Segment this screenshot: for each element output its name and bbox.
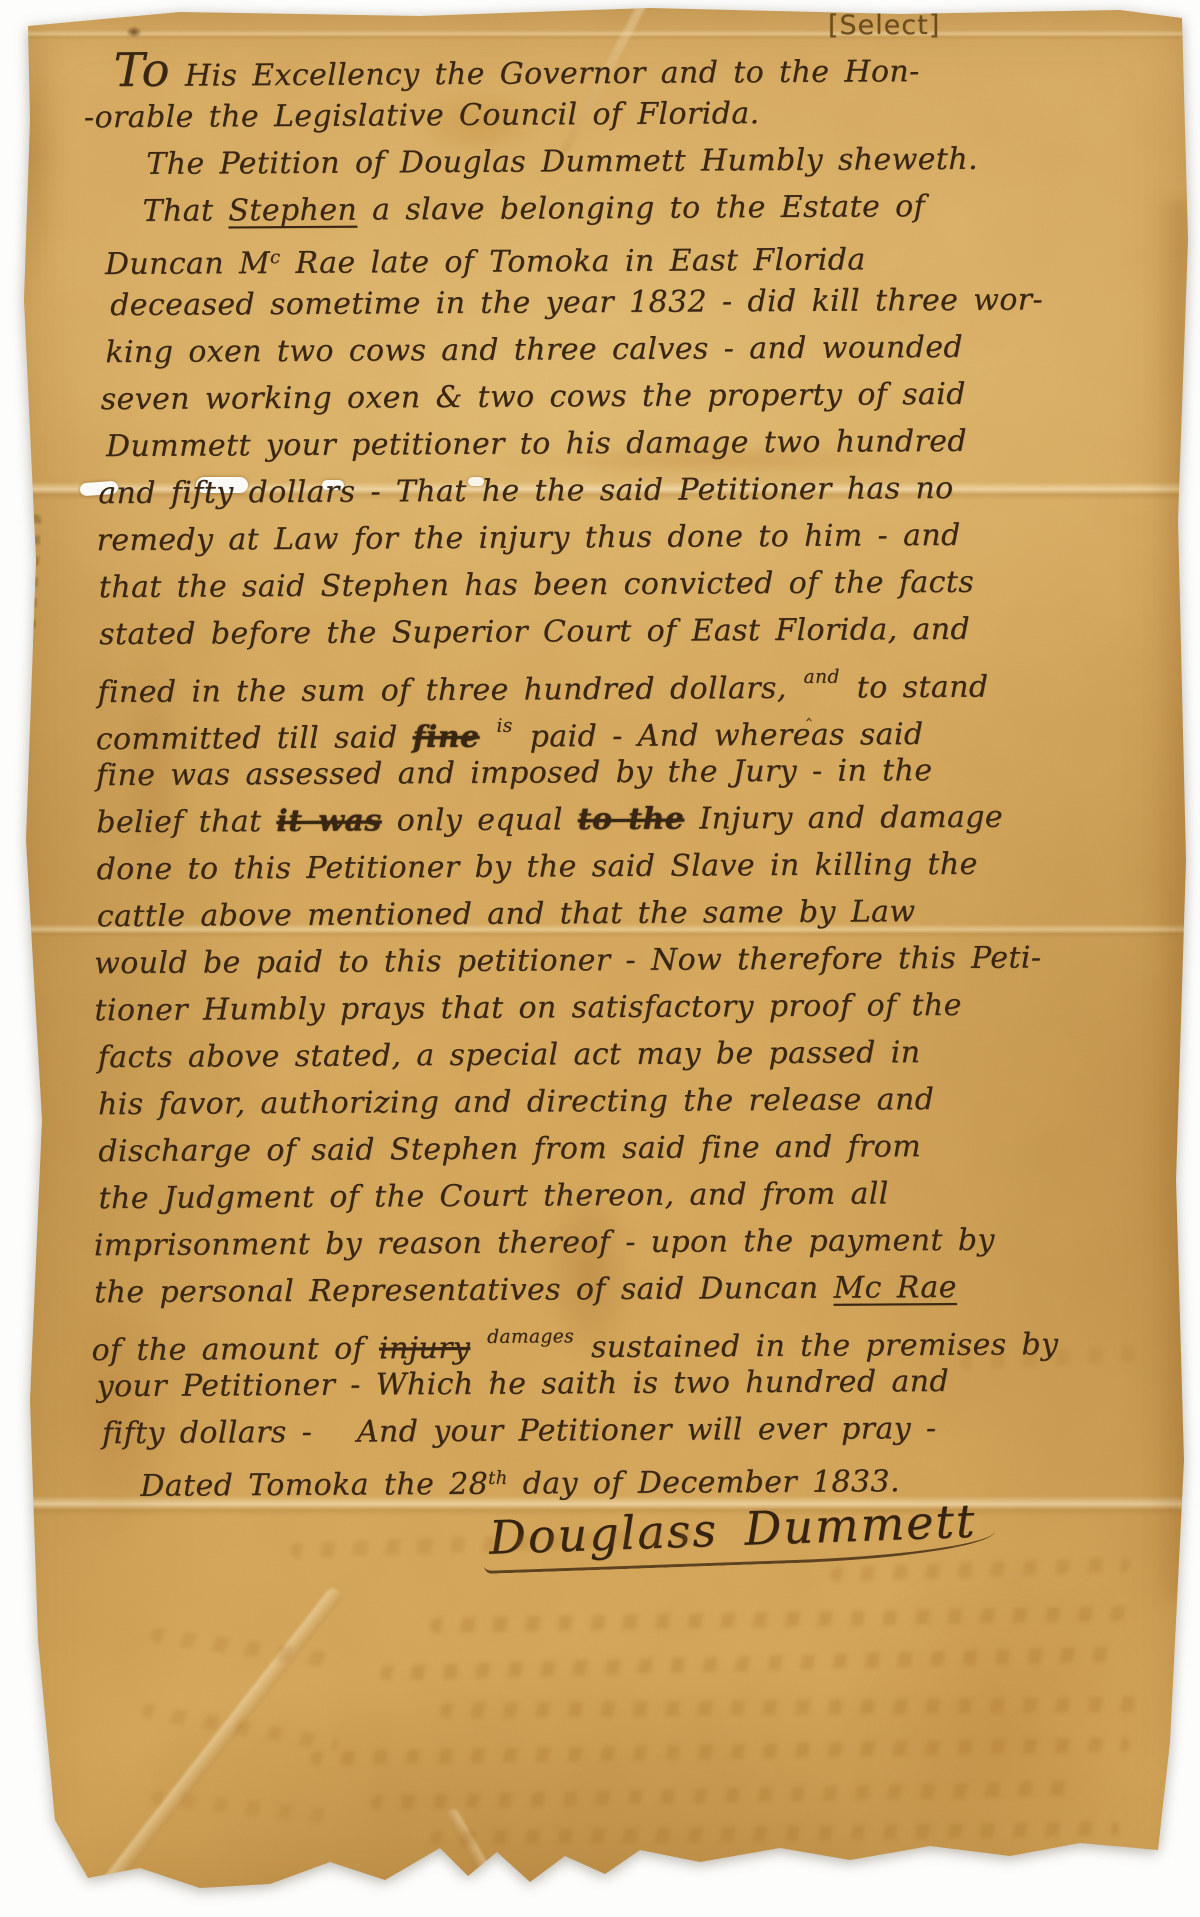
manuscript-line: would be paid to this petitioner - Now t… [89,934,1151,987]
manuscript-line: his favor, authorizing and directing the… [90,1075,1152,1128]
ink-bleedthrough [150,1790,341,1825]
ink-bleedthrough [430,1606,1130,1633]
manuscript-segment: deceased sometime in the year 1832 - did… [110,282,1043,323]
scanned-document: [Select] To His Excellency the Governor … [0,0,1200,1917]
manuscript-segment-sup: th [488,1468,508,1489]
manuscript-line: fine was assessed and imposed by the Jur… [88,746,1150,799]
manuscript-line: That Stephen a slave belonging to the Es… [84,182,1146,235]
manuscript-line: seven working oxen & two cows the proper… [86,370,1148,423]
manuscript-line: the personal Representatives of said Dun… [91,1263,1153,1316]
manuscript-segment: Duncan M [105,246,270,282]
manuscript-line: discharge of said Stephen from said fine… [90,1122,1152,1175]
manuscript-line: -orable the Legislative Council of Flori… [84,88,1146,141]
manuscript-segment: your Petitioner - Which he saith is two … [97,1364,949,1404]
manuscript-line: fifty dollars - And your Petitioner will… [92,1404,1154,1457]
manuscript-line: To His Excellency the Governor and to th… [84,41,1146,94]
select-label: [Select] [828,10,940,41]
manuscript-segment: would be paid to this petitioner - Now t… [94,940,1041,981]
manuscript-line: committed till said fine is paid - And w… [88,699,1150,752]
manuscript-segment: discharge of said Stephen from said fine… [98,1129,921,1169]
manuscript-segment: the Judgment of the Court thereon, and f… [98,1176,888,1216]
manuscript-segment: stated before the Superior Court of East… [99,612,970,652]
manuscript-segment: that the said Stephen has been convicted… [99,565,974,605]
manuscript-segment: cattle above mentioned and that the same… [97,894,916,934]
manuscript-segment-insert: damages [487,1326,574,1348]
manuscript-line: Duncan Mc Rae late of Tomoka in East Flo… [85,229,1147,282]
ink-bleedthrough [830,1557,1130,1582]
manuscript-segment: done to this Petitioner by the said Slav… [96,847,977,887]
crease-top [0,30,1200,40]
crease-diagonal-bottom-left [86,1585,345,1910]
manuscript-segment: remedy at Law for the injury thus done t… [96,518,960,558]
manuscript-segment: tioner Humbly prays that on satisfactory… [94,988,962,1028]
manuscript-line: and fifty dollars - That he the said Pet… [86,464,1148,517]
manuscript-segment-blot: to the [578,802,685,838]
manuscript-segment: fine was assessed and imposed by the Jur… [96,753,933,793]
manuscript-segment: Dated Tomoka the 28 [140,1467,488,1504]
manuscript-segment: His Excellency the Governor and to the H… [170,54,920,94]
manuscript-lines: To His Excellency the Governor and to th… [84,41,1155,1504]
manuscript-segment: king oxen two cows and three calves - an… [105,330,963,370]
manuscript-segment-blot: it was [276,803,381,839]
manuscript-segment-underline: Stephen [228,193,357,229]
manuscript-segment-sup: c [270,247,281,268]
ink-bleedthrough [440,1697,1140,1718]
manuscript-line: Dummett your petitioner to his damage tw… [86,417,1148,470]
manuscript-segment: Rae late of Tomoka in East Florida [280,242,865,281]
manuscript-segment: The Petition of Douglas Dummett Humbly s… [146,142,978,182]
manuscript-line: king oxen two cows and three calves - an… [85,323,1147,376]
crease-diagonal-bottom-center [445,1807,515,1917]
stain-edge-right [1150,200,1190,1600]
manuscript-segment: only equal [382,802,578,838]
manuscript-segment: fifty dollars - And your Petitioner will… [102,1411,937,1451]
manuscript-line: fined in the sum of three hundred dollar… [87,652,1149,705]
ink-bleedthrough [310,1737,1130,1766]
ink-bleedthrough [380,1646,1120,1680]
manuscript-segment: day of December 1833. [508,1464,900,1501]
manuscript-line: the Judgment of the Court thereon, and f… [90,1169,1152,1222]
manuscript-line: tioner Humbly prays that on satisfactory… [89,981,1151,1034]
manuscript-line: deceased sometime in the year 1832 - did… [85,276,1147,329]
manuscript-segment-insert: is [496,716,512,737]
document-page: [Select] To His Excellency the Governor … [0,0,1200,1917]
manuscript-line: imprisonment by reason thereof - upon th… [91,1216,1153,1269]
manuscript-line: that the said Stephen has been convicted… [87,558,1149,611]
manuscript-line: facts above stated, a special act may be… [90,1028,1152,1081]
manuscript-segment: the personal Representatives of said Dun… [94,1271,833,1311]
manuscript-line: remedy at Law for the injury thus done t… [86,511,1148,564]
manuscript-segment: Injury and damage [684,800,1003,837]
manuscript-segment: -orable the Legislative Council of Flori… [84,96,760,135]
manuscript-line: done to this Petitioner by the said Slav… [88,840,1150,893]
manuscript-segment: a slave belonging to the Estate of [357,189,925,227]
margin-ink-bleed [17,514,42,645]
manuscript-segment: and fifty dollars - That he the said Pet… [98,471,954,511]
manuscript-line: belief that it was only equal to the Inj… [88,793,1150,846]
manuscript-segment: Dummett your petitioner to his damage tw… [106,424,967,464]
manuscript-segment-large: To [114,43,171,97]
ink-bleedthrough [430,1821,1120,1846]
manuscript-line: The Petition of Douglas Dummett Humbly s… [84,135,1146,188]
manuscript-segment: imprisonment by reason thereof - upon th… [94,1223,995,1264]
manuscript-segment: That [142,193,228,229]
manuscript-line: cattle above mentioned and that the same… [89,887,1151,940]
manuscript-segment: facts above stated, a special act may be… [98,1035,921,1075]
manuscript-line: Dated Tomoka the 28th day of December 18… [92,1451,1154,1504]
stain-edge-top-left [0,0,60,300]
manuscript-segment: his favor, authorizing and directing the… [98,1082,934,1122]
manuscript-segment: seven working oxen & two cows the proper… [101,377,966,417]
manuscript-segment-insert: and [804,667,840,688]
paper-shadow-wrap: [Select] To His Excellency the Governor … [0,0,1200,1917]
manuscript-segment-underline: Mc Rae [833,1270,957,1306]
manuscript-line: stated before the Superior Court of East… [87,605,1149,658]
manuscript-segment: belief that [96,804,276,840]
ink-bleedthrough [370,1781,1070,1811]
